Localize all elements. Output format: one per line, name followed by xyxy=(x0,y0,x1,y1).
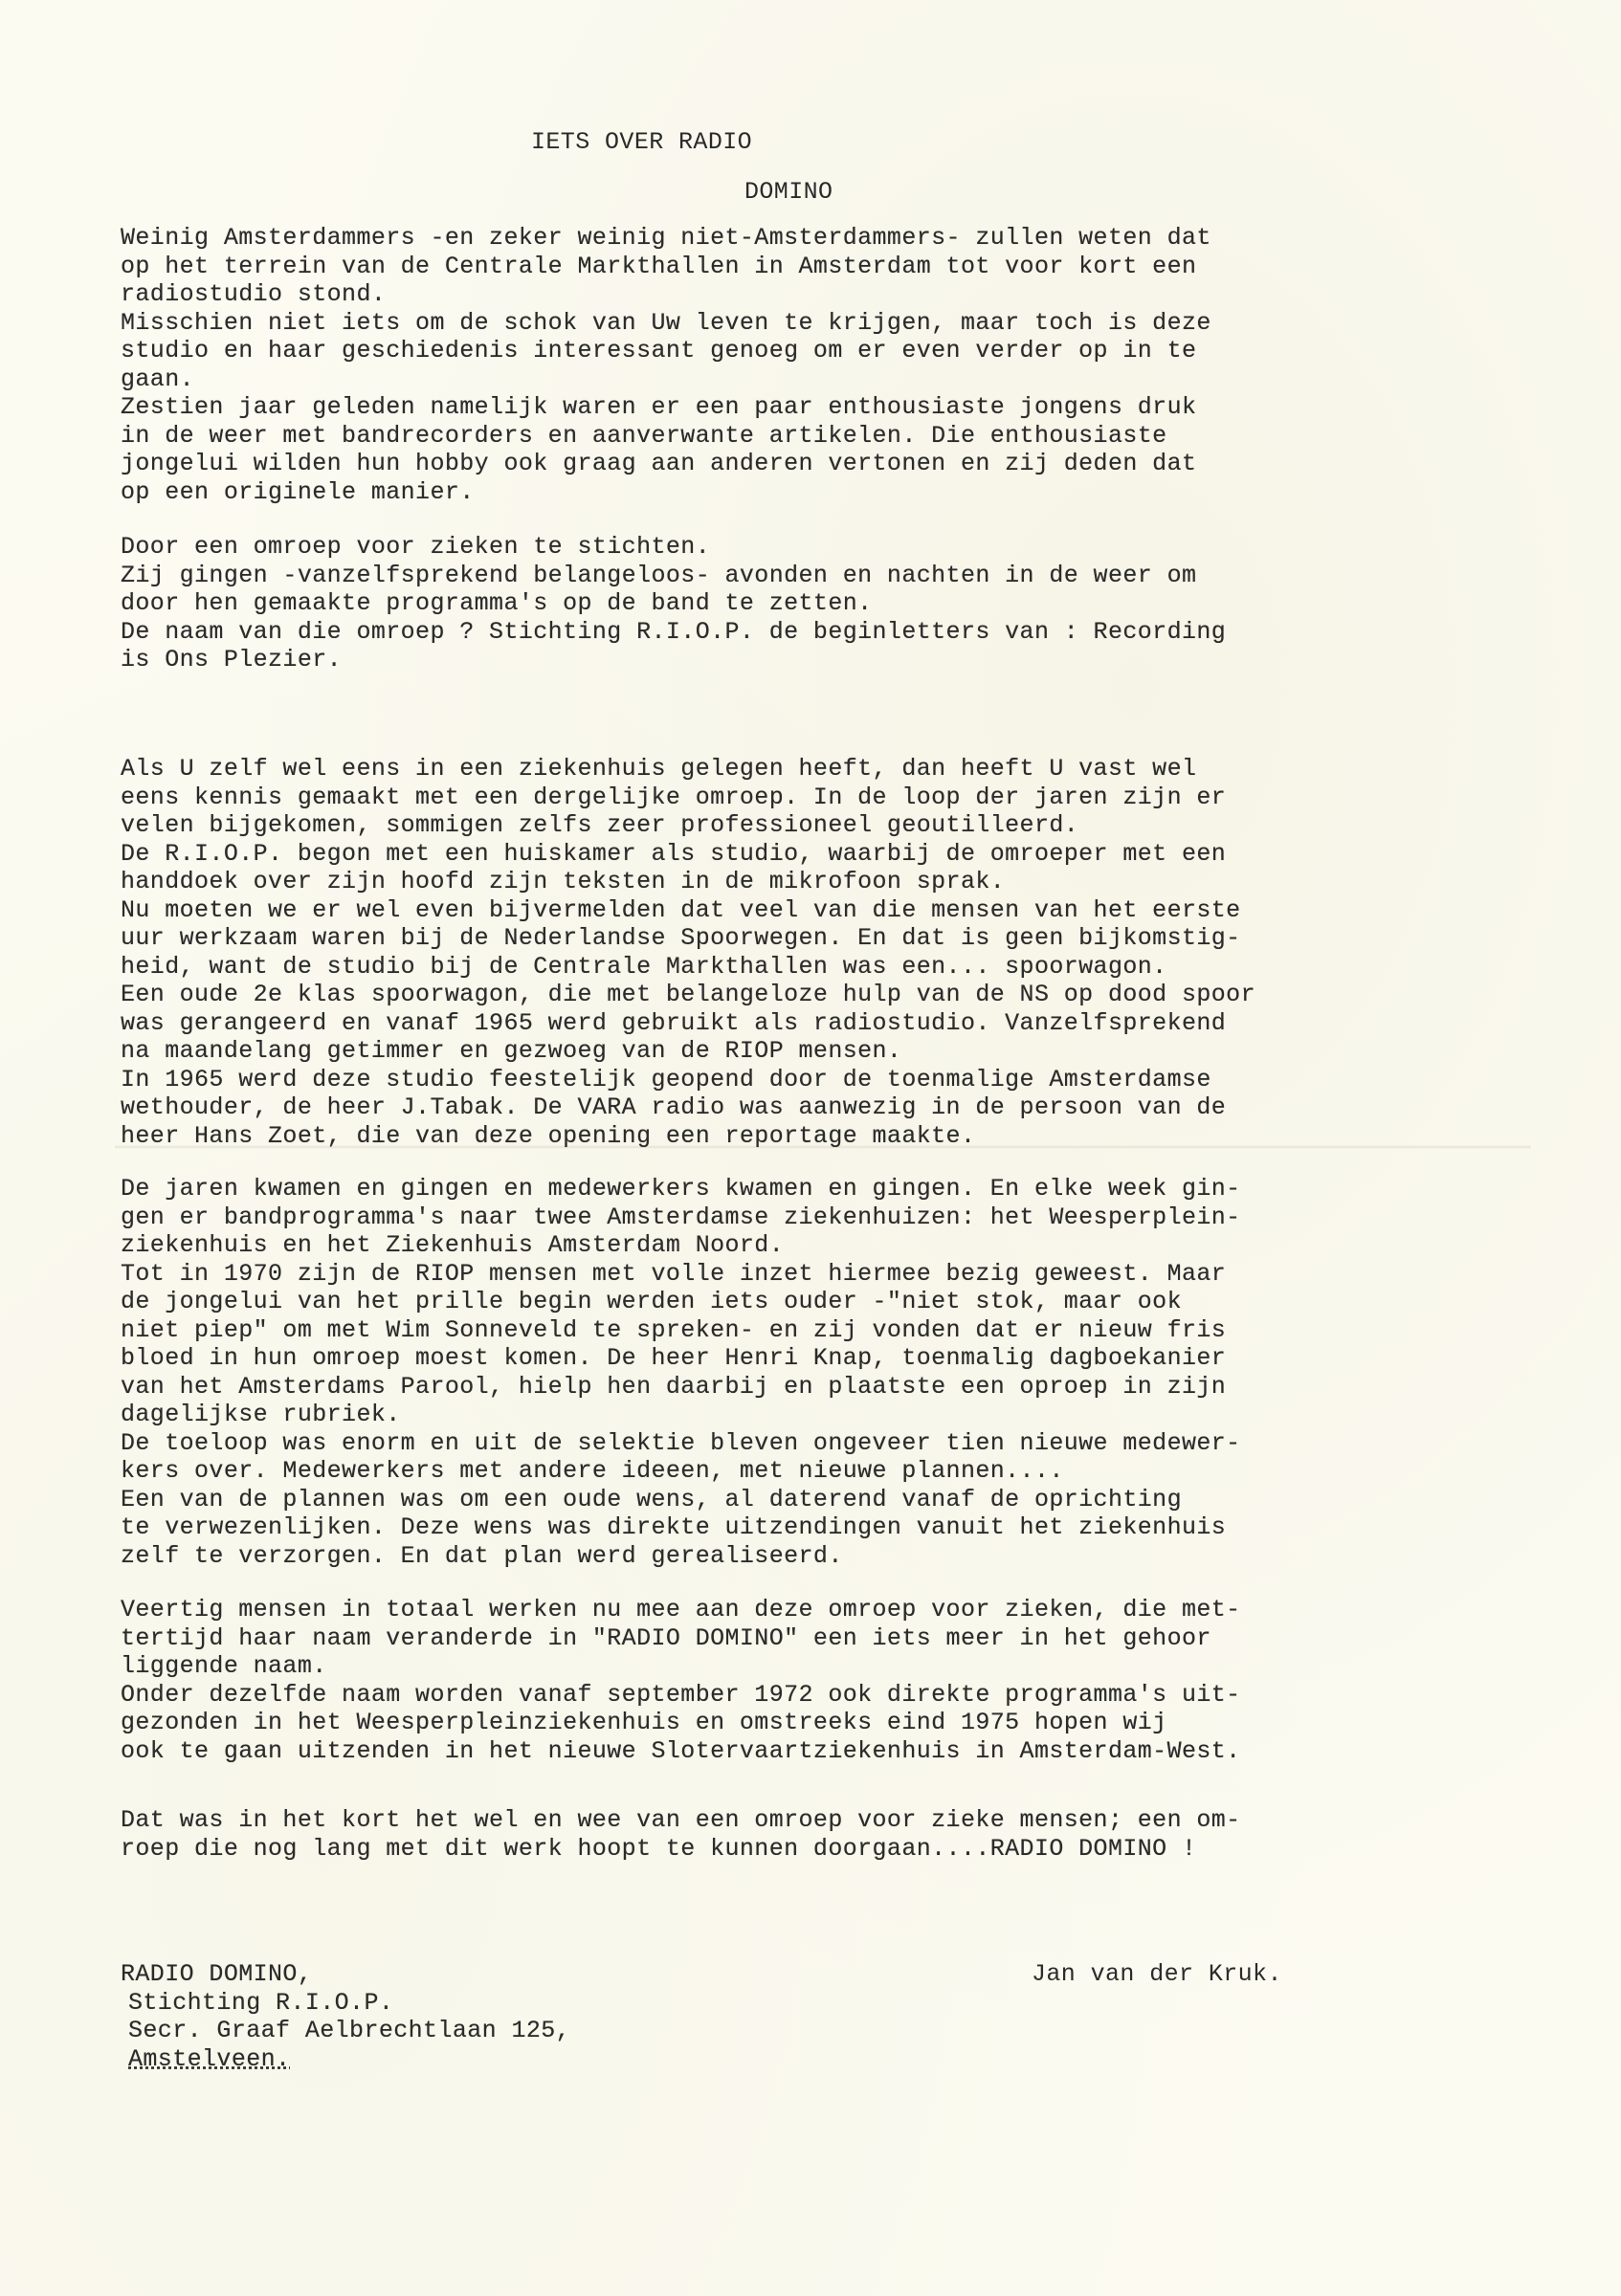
text-line: niet piep" om met Wim Sonneveld te sprek… xyxy=(121,1316,1537,1345)
text-line: door hen gemaakte programma's op de band… xyxy=(121,589,1537,618)
text-line: na maandelang getimmer en gezwoeg van de… xyxy=(121,1037,1537,1066)
text-line: Als U zelf wel eens in een ziekenhuis ge… xyxy=(121,755,1537,784)
text-line: uur werkzaam waren bij de Nederlandse Sp… xyxy=(121,924,1537,953)
text-line: De naam van die omroep ? Stichting R.I.O… xyxy=(121,618,1537,647)
text-line: In 1965 werd deze studio feestelijk geop… xyxy=(121,1066,1537,1094)
text-line: Tot in 1970 zijn de RIOP mensen met voll… xyxy=(121,1260,1537,1289)
text-line: jongelui wilden hun hobby ook graag aan … xyxy=(121,450,1537,478)
address-line: Amstelveen. xyxy=(121,2045,570,2074)
paragraph-growth: De jaren kwamen en gingen en medewerkers… xyxy=(121,1175,1537,1570)
text-line: bloed in hun omroep moest komen. De heer… xyxy=(121,1344,1537,1373)
text-line: tertijd haar naam veranderde in "RADIO D… xyxy=(121,1624,1537,1653)
text-line: kers over. Medewerkers met andere ideeen… xyxy=(121,1457,1537,1486)
text-line: in de weer met bandrecorders en aanverwa… xyxy=(121,422,1537,451)
text-line: radiostudio stond. xyxy=(121,280,1537,309)
text-line: Zij gingen -vanzelfsprekend belangeloos-… xyxy=(121,562,1537,590)
text-line: heer Hans Zoet, die van deze opening een… xyxy=(121,1122,1537,1151)
text-line: ook te gaan uitzenden in het nieuwe Slot… xyxy=(121,1737,1537,1766)
author-signature: Jan van der Kruk. xyxy=(1032,1960,1282,1989)
text-line: gen er bandprogramma's naar twee Amsterd… xyxy=(121,1203,1537,1232)
text-line: Nu moeten we er wel even bijvermelden da… xyxy=(121,896,1537,925)
text-line: studio en haar geschiedenis interessant … xyxy=(121,337,1537,365)
text-line: De toeloop was enorm en uit de selektie … xyxy=(121,1429,1537,1458)
text-line: De jaren kwamen en gingen en medewerkers… xyxy=(121,1175,1537,1203)
text-line: Veertig mensen in totaal werken nu mee a… xyxy=(121,1596,1537,1624)
text-line: Weinig Amsterdammers -en zeker weinig ni… xyxy=(121,224,1537,253)
text-line: gezonden in het Weesperpleinziekenhuis e… xyxy=(121,1709,1537,1737)
text-line: Misschien niet iets om de schok van Uw l… xyxy=(121,309,1537,338)
address-line: Stichting R.I.O.P. xyxy=(121,1989,570,2018)
text-line: gaan. xyxy=(121,365,1537,394)
text-line: handdoek over zijn hoofd zijn teksten in… xyxy=(121,868,1537,896)
text-line: De R.I.O.P. begon met een huiskamer als … xyxy=(121,840,1537,869)
text-line: is Ons Plezier. xyxy=(121,646,1537,674)
paragraph-intro: Weinig Amsterdammers -en zeker weinig ni… xyxy=(121,224,1537,506)
text-line: liggende naam. xyxy=(121,1652,1537,1681)
address-line: Secr. Graaf Aelbrechtlaan 125, xyxy=(121,2017,570,2045)
text-line: op een originele manier. xyxy=(121,478,1537,507)
text-line: wethouder, de heer J.Tabak. De VARA radi… xyxy=(121,1093,1537,1122)
text-line: te verwezenlijken. Deze wens was direkte… xyxy=(121,1513,1537,1542)
address-line: RADIO DOMINO, xyxy=(121,1960,570,1989)
text-line: Door een omroep voor zieken te stichten. xyxy=(121,533,1537,562)
text-line: van het Amsterdams Parool, hielp hen daa… xyxy=(121,1373,1537,1402)
text-line: de jongelui van het prille begin werden … xyxy=(121,1288,1537,1316)
text-line: roep die nog lang met dit werk hoopt te … xyxy=(121,1835,1537,1864)
text-line: Dat was in het kort het wel en wee van e… xyxy=(121,1806,1537,1835)
document-title-line-2: DOMINO xyxy=(744,178,833,206)
text-line: Een van de plannen was om een oude wens,… xyxy=(121,1486,1537,1514)
text-line: Zestien jaar geleden namelijk waren er e… xyxy=(121,393,1537,422)
text-line: op het terrein van de Centrale Markthall… xyxy=(121,253,1537,281)
text-line: dagelijkse rubriek. xyxy=(121,1401,1537,1429)
document-title-line-1: IETS OVER RADIO xyxy=(531,128,752,156)
paragraph-radio-domino: Veertig mensen in totaal werken nu mee a… xyxy=(121,1596,1537,1765)
text-line: velen bijgekomen, sommigen zelfs zeer pr… xyxy=(121,811,1537,840)
text-line: was gerangeerd en vanaf 1965 werd gebrui… xyxy=(121,1009,1537,1038)
paragraph-founding: Door een omroep voor zieken te stichten.… xyxy=(121,533,1537,674)
text-line: Een oude 2e klas spoorwagon, die met bel… xyxy=(121,981,1537,1009)
sender-address: RADIO DOMINO, Stichting R.I.O.P. Secr. G… xyxy=(121,1960,570,2073)
paragraph-history: Als U zelf wel eens in een ziekenhuis ge… xyxy=(121,755,1537,1150)
text-line: heid, want de studio bij de Centrale Mar… xyxy=(121,953,1537,982)
text-line: zelf te verzorgen. En dat plan werd gere… xyxy=(121,1542,1537,1571)
text-line: ziekenhuis en het Ziekenhuis Amsterdam N… xyxy=(121,1231,1537,1260)
text-line: Onder dezelfde naam worden vanaf septemb… xyxy=(121,1681,1537,1710)
paragraph-closing: Dat was in het kort het wel en wee van e… xyxy=(121,1806,1537,1863)
text-line: eens kennis gemaakt met een dergelijke o… xyxy=(121,784,1537,812)
